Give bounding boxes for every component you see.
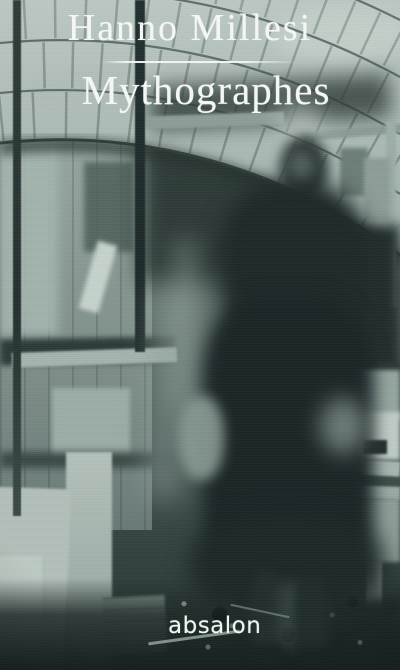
book-title: Mythographes	[6, 70, 400, 111]
title-divider	[102, 61, 298, 63]
title-block: Hanno Millesi Mythographes	[0, 9, 400, 111]
publisher-logo: absalon	[168, 613, 261, 639]
book-cover: Hanno Millesi Mythographes absalon	[0, 0, 400, 670]
author-name: Hanno Millesi	[0, 9, 390, 49]
